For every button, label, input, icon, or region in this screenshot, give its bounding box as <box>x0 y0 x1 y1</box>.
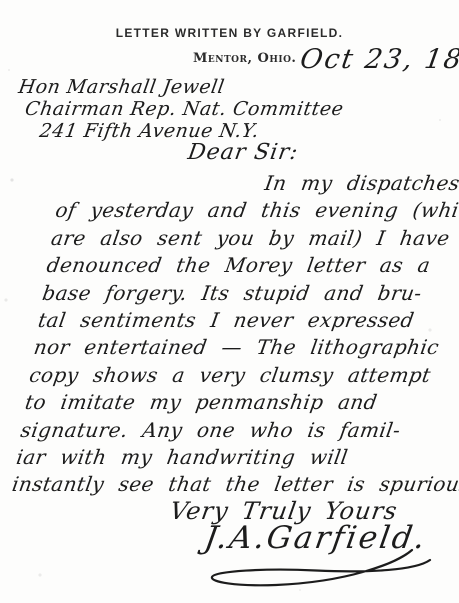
body-line: base forgery. Its stupid and bru- <box>40 280 459 307</box>
body-line: are also sent you by mail) I have <box>49 225 459 252</box>
body-line: In my dispatches <box>58 170 459 197</box>
body-line: tal sentiments I never expressed <box>36 307 459 334</box>
dateline-place: Mentor, Ohio. <box>193 51 296 66</box>
body-line: to imitate my penmanship and <box>23 389 459 416</box>
body-line: signature. Any one who is famil- <box>19 417 459 444</box>
body-line: of yesterday and this evening (which <box>53 197 459 224</box>
body-line: denounced the Morey letter as a <box>45 252 459 279</box>
body-line: copy shows a very clumsy attempt <box>27 362 459 389</box>
body-line: instantly see that the letter is spuriou… <box>10 471 459 498</box>
signature-flourish <box>196 548 436 590</box>
salutation: Dear Sir: <box>186 140 300 165</box>
address-line-street: 241 Fifth Avenue N.Y. <box>38 120 342 142</box>
body-line: nor entertained — The lithographic <box>32 334 459 361</box>
printed-caption: LETTER WRITTEN BY GARFIELD. <box>0 26 459 40</box>
body-line: iar with my handwriting will <box>14 444 459 471</box>
letter-body: In my dispatches of yesterday and this e… <box>10 170 459 499</box>
dateline: Mentor, Ohio.Oct 23, 1880. <box>193 44 459 75</box>
address-block: Hon Marshall Jewell Chairman Rep. Nat. C… <box>10 76 349 142</box>
address-line-title: Chairman Rep. Nat. Committee <box>23 98 345 120</box>
address-line-recipient: Hon Marshall Jewell <box>17 76 349 98</box>
dateline-date-handwritten: Oct 23, 1880. <box>298 44 459 75</box>
letter-page: LETTER WRITTEN BY GARFIELD. Mentor, Ohio… <box>0 0 459 603</box>
